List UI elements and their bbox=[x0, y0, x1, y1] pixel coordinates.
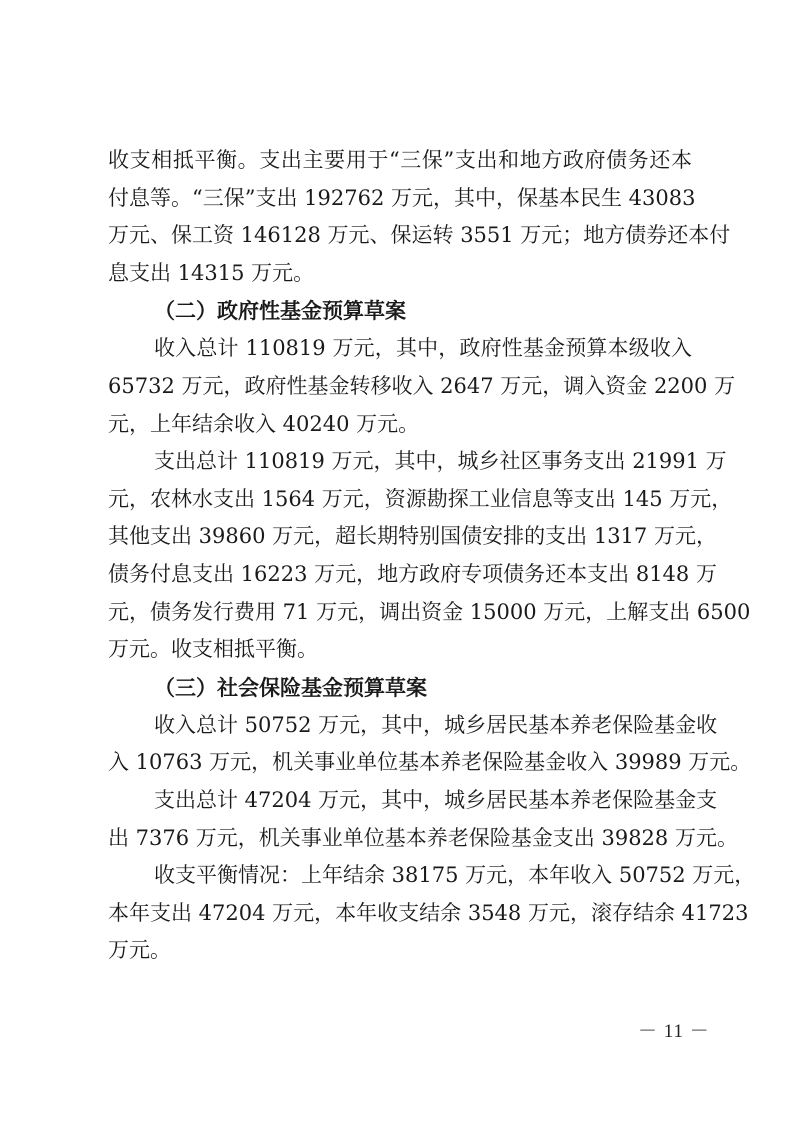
text-line: 支出总计 110819 万元，其中，城乡社区事务支出 21991 万 bbox=[108, 443, 692, 481]
document-page: 收支相抵平衡。支出主要用于“三保”支出和地方政府债务还本 付息等。“三保”支出 … bbox=[108, 142, 692, 970]
paragraph-social-insurance-expenditure: 支出总计 47204 万元，其中，城乡居民基本养老保险基金支 出 7376 万元… bbox=[108, 782, 692, 857]
text-line: 收入总计 50752 万元，其中，城乡居民基本养老保险基金收 bbox=[108, 707, 692, 745]
text-line: 本年支出 47204 万元，本年收支结余 3548 万元，滚存结余 41723 bbox=[108, 895, 692, 933]
text-line: 收入总计 110819 万元，其中，政府性基金预算本级收入 bbox=[108, 330, 692, 368]
text-line: 出 7376 万元，机关事业单位基本养老保险基金支出 39828 万元。 bbox=[108, 820, 692, 858]
paragraph-fund-expenditure: 支出总计 110819 万元，其中，城乡社区事务支出 21991 万 元，农林水… bbox=[108, 443, 692, 669]
text-line: 支出总计 47204 万元，其中，城乡居民基本养老保险基金支 bbox=[108, 782, 692, 820]
text-line: 元，上年结余收入 40240 万元。 bbox=[108, 406, 692, 444]
paragraph-general-budget-continuation: 收支相抵平衡。支出主要用于“三保”支出和地方政府债务还本 付息等。“三保”支出 … bbox=[108, 142, 692, 292]
page-number: － 11 － bbox=[638, 1016, 710, 1043]
text-line: 元，农林水支出 1564 万元，资源勘探工业信息等支出 145 万元， bbox=[108, 481, 692, 519]
text-line: 元，债务发行费用 71 万元，调出资金 15000 万元，上解支出 6500 bbox=[108, 594, 692, 632]
text-line: 65732 万元，政府性基金转移收入 2647 万元，调入资金 2200 万 bbox=[108, 368, 692, 406]
text-line: 万元、保工资 146128 万元、保运转 3551 万元；地方债券还本付 bbox=[108, 217, 692, 255]
text-line: 入 10763 万元，机关事业单位基本养老保险基金收入 39989 万元。 bbox=[108, 744, 692, 782]
text-line: 万元。 bbox=[108, 932, 692, 970]
text-line: 息支出 14315 万元。 bbox=[108, 255, 692, 293]
text-line: 其他支出 39860 万元，超长期特别国债安排的支出 1317 万元， bbox=[108, 518, 692, 556]
text-line: 收支平衡情况：上年结余 38175 万元，本年收入 50752 万元， bbox=[108, 857, 692, 895]
text-line: 收支相抵平衡。支出主要用于“三保”支出和地方政府债务还本 bbox=[108, 142, 692, 180]
section-heading-government-fund-budget: （二）政府性基金预算草案 bbox=[108, 292, 692, 330]
paragraph-social-insurance-balance: 收支平衡情况：上年结余 38175 万元，本年收入 50752 万元， 本年支出… bbox=[108, 857, 692, 970]
section-heading-social-insurance-fund-budget: （三）社会保险基金预算草案 bbox=[108, 669, 692, 707]
paragraph-fund-income: 收入总计 110819 万元，其中，政府性基金预算本级收入 65732 万元，政… bbox=[108, 330, 692, 443]
text-line: 付息等。“三保”支出 192762 万元，其中，保基本民生 43083 bbox=[108, 180, 692, 218]
text-line: 万元。收支相抵平衡。 bbox=[108, 631, 692, 669]
text-line: 债务付息支出 16223 万元，地方政府专项债务还本支出 8148 万 bbox=[108, 556, 692, 594]
paragraph-social-insurance-income: 收入总计 50752 万元，其中，城乡居民基本养老保险基金收 入 10763 万… bbox=[108, 707, 692, 782]
